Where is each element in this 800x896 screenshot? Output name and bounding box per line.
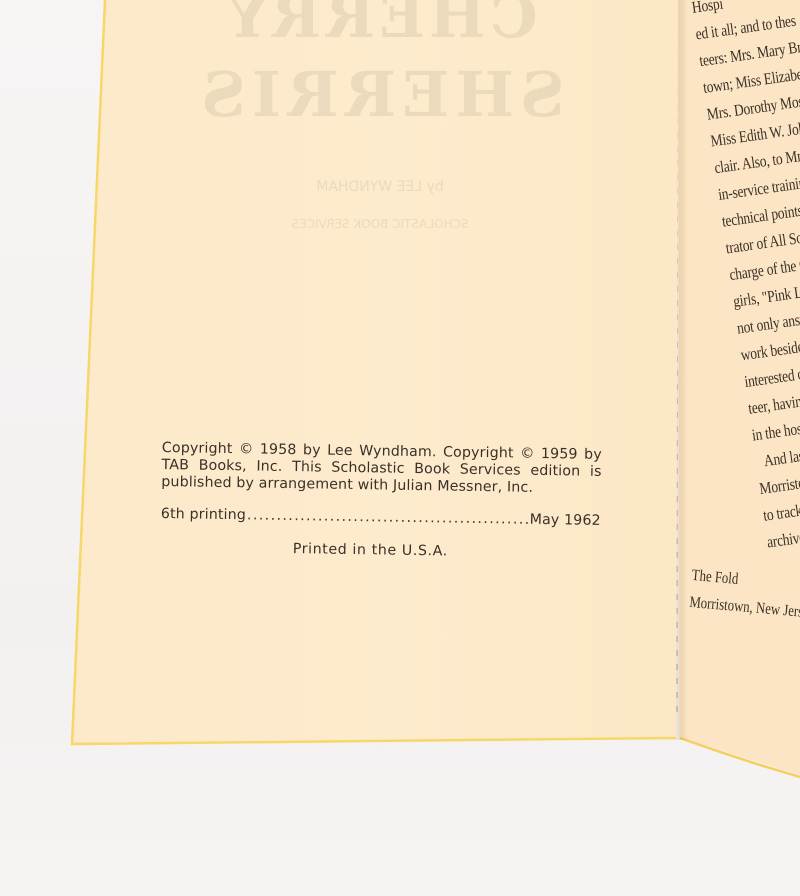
showthrough-line: CHERRY: [180, 0, 580, 52]
showthrough-title: CHERRY SHERRIS by LEE WYNDHAM SCHOLASTIC…: [180, 0, 580, 231]
printing-date: May 1962: [529, 512, 600, 530]
printing-line: 6th printing May 1962: [161, 506, 601, 530]
dot-leader: [247, 507, 529, 528]
printing-label: 6th printing: [161, 506, 246, 524]
printed-in: Printed in the U.S.A.: [160, 539, 600, 563]
showthrough-line: SCHOLASTIC BOOK SERVICES: [180, 217, 580, 231]
showthrough-line: by LEE WYNDHAM: [180, 179, 580, 195]
copyright-notice: Copyright © 1958 by Lee Wyndham. Copyrig…: [161, 440, 602, 498]
copyright-block: Copyright © 1958 by Lee Wyndham. Copyrig…: [160, 440, 602, 563]
showthrough-line: SHERRIS: [180, 58, 580, 131]
